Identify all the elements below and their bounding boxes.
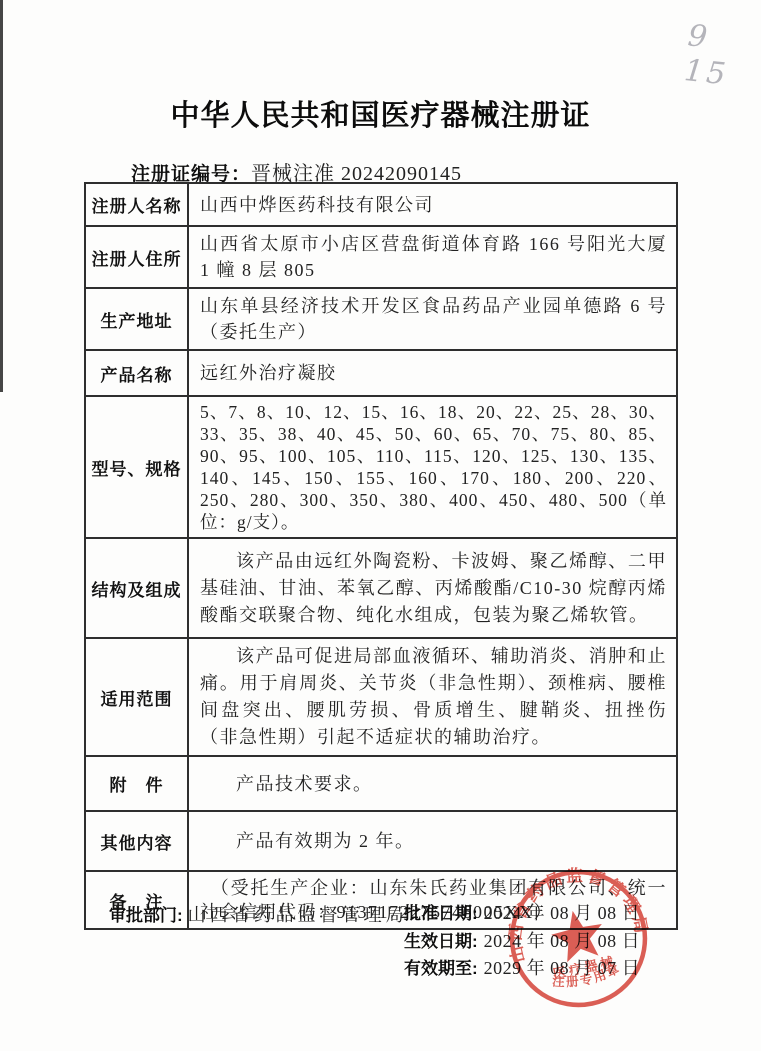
table-row: 其他内容 产品有效期为 2 年。 — [85, 811, 677, 871]
row-value: 山东单县经济技术开发区食品药品产业园单德路 6 号（委托生产） — [188, 288, 677, 350]
row-label: 注册人住所 — [85, 226, 188, 288]
table-row: 型号、规格 5、7、8、10、12、15、16、18、20、22、25、28、3… — [85, 396, 677, 538]
row-value: 该产品由远红外陶瓷粉、卡波姆、聚乙烯醇、二甲基硅油、甘油、苯氧乙醇、丙烯酸酯/C… — [188, 538, 677, 638]
date-block: 批准日期:2024 年 08 月 08 日 生效日期:2024 年 08 月 0… — [404, 899, 640, 982]
approval-department-value: 山西省药品监督管理局 — [183, 905, 408, 925]
table-row: 适用范围 该产品可促进局部血液循环、辅助消炎、消肿和止痛。用于肩周炎、关节炎（非… — [85, 638, 677, 756]
row-value: 山西中烨医药科技有限公司 — [188, 183, 677, 226]
row-value: 产品技术要求。 — [188, 756, 677, 811]
row-value: 该产品可促进局部血液循环、辅助消炎、消肿和止痛。用于肩周炎、关节炎（非急性期）、… — [188, 638, 677, 756]
expiry-date-value: 2029 年 08 月 07 日 — [478, 958, 641, 978]
row-value: 山西省太原市小店区营盘街道体育路 166 号阳光大厦 1 幢 8 层 805 — [188, 226, 677, 288]
approval-department-label: 审批部门: — [109, 906, 183, 925]
table-row: 生产地址 山东单县经济技术开发区食品药品产业园单德路 6 号（委托生产） — [85, 288, 677, 350]
table-row: 产品名称 远红外治疗凝胶 — [85, 350, 677, 396]
row-value: 产品有效期为 2 年。 — [188, 811, 677, 871]
row-label: 结构及组成 — [85, 538, 188, 638]
row-label: 生产地址 — [85, 288, 188, 350]
row-label: 型号、规格 — [85, 396, 188, 538]
row-label: 其他内容 — [85, 811, 188, 871]
certificate-page: 9 15 中华人民共和国医疗器械注册证 注册证编号：晋械注准 202420901… — [0, 0, 761, 1051]
expiry-date-label: 有效期至: — [404, 959, 478, 978]
effective-date-label: 生效日期: — [404, 932, 478, 951]
table-row: 结构及组成 该产品由远红外陶瓷粉、卡波姆、聚乙烯醇、二甲基硅油、甘油、苯氧乙醇、… — [85, 538, 677, 638]
scan-artifact-line — [0, 0, 3, 392]
approval-date-label: 批准日期: — [404, 904, 478, 923]
page-title: 中华人民共和国医疗器械注册证 — [0, 93, 761, 134]
approval-date-line: 批准日期:2024 年 08 月 08 日 — [404, 899, 640, 927]
table-row: 注册人名称 山西中烨医药科技有限公司 — [85, 183, 677, 226]
handwritten-mark: 9 15 — [683, 18, 761, 95]
row-value: 5、7、8、10、12、15、16、18、20、22、25、28、30、33、3… — [188, 396, 677, 538]
expiry-date-line: 有效期至:2029 年 08 月 07 日 — [404, 954, 640, 982]
table-row: 注册人住所 山西省太原市小店区营盘街道体育路 166 号阳光大厦 1 幢 8 层… — [85, 226, 677, 288]
approval-department-line: 审批部门:山西省药品监督管理局 — [109, 901, 408, 927]
row-label: 适用范围 — [85, 638, 188, 756]
table-row: 附 件 产品技术要求。 — [85, 756, 677, 811]
approval-date-value: 2024 年 08 月 08 日 — [478, 903, 641, 923]
row-label: 附 件 — [85, 756, 188, 811]
effective-date-line: 生效日期:2024 年 08 月 08 日 — [404, 927, 640, 955]
registration-table: 注册人名称 山西中烨医药科技有限公司 注册人住所 山西省太原市小店区营盘街道体育… — [84, 182, 678, 930]
row-label: 注册人名称 — [85, 183, 188, 226]
effective-date-value: 2024 年 08 月 08 日 — [478, 931, 641, 951]
row-label: 产品名称 — [85, 350, 188, 396]
row-value: 远红外治疗凝胶 — [188, 350, 677, 396]
